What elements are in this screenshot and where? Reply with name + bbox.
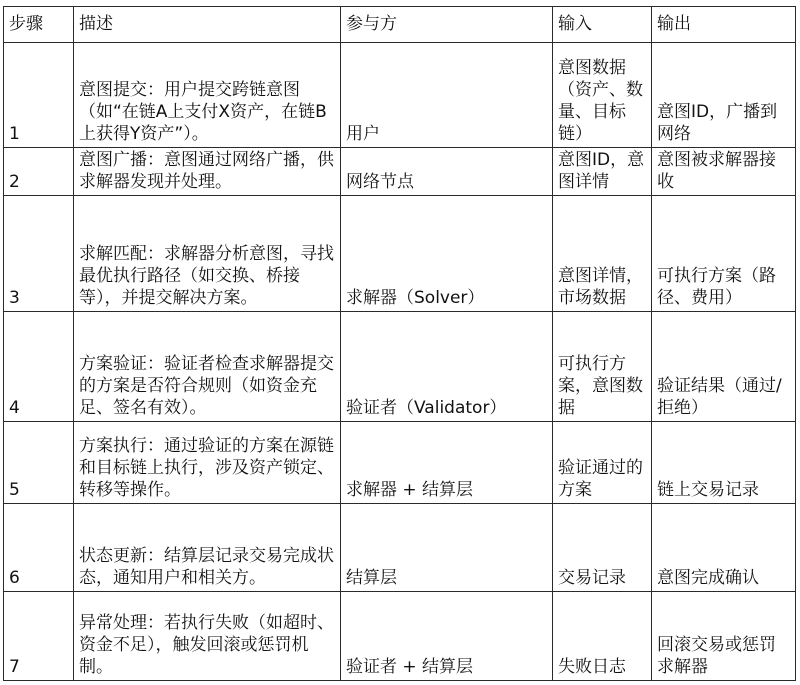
table-row: 3 求解匹配：求解器分析意图，寻找最优执行路径（如交换、桥接等），并提交解决方案… [4, 196, 796, 312]
cell-input: 意图详情，市场数据 [553, 196, 652, 312]
header-input: 输入 [553, 7, 652, 43]
cell-input: 意图ID，意图详情 [553, 148, 652, 196]
cell-description: 方案验证：验证者检查求解器提交的方案是否符合规则（如资金充足、签名有效）。 [74, 312, 341, 422]
cell-step: 3 [4, 196, 74, 312]
table-row: 6 状态更新：结算层记录交易完成状态，通知用户和相关方。 结算层 交易记录 意图… [4, 504, 796, 592]
table-row: 2 意图广播：意图通过网络广播，供求解器发现并处理。 网络节点 意图ID，意图详… [4, 148, 796, 196]
cell-output: 可执行方案（路径、费用） [652, 196, 796, 312]
cell-output: 链上交易记录 [652, 422, 796, 504]
cell-input: 意图数据（资产、数量、目标链） [553, 43, 652, 148]
header-step: 步骤 [4, 7, 74, 43]
cell-description: 状态更新：结算层记录交易完成状态，通知用户和相关方。 [74, 504, 341, 592]
header-description: 描述 [74, 7, 341, 43]
cell-participant: 网络节点 [341, 148, 553, 196]
cell-input: 验证通过的方案 [553, 422, 652, 504]
intent-flow-table: 步骤 描述 参与方 输入 输出 1 意图提交：用户提交跨链意图（如“在链A上支付… [3, 6, 796, 681]
cell-input: 可执行方案，意图数据 [553, 312, 652, 422]
table-row: 4 方案验证：验证者检查求解器提交的方案是否符合规则（如资金充足、签名有效）。 … [4, 312, 796, 422]
cell-output: 验证结果（通过/拒绝） [652, 312, 796, 422]
cell-participant: 验证者（Validator） [341, 312, 553, 422]
table-row: 5 方案执行：通过验证的方案在源链和目标链上执行，涉及资产锁定、转移等操作。 求… [4, 422, 796, 504]
cell-description: 方案执行：通过验证的方案在源链和目标链上执行，涉及资产锁定、转移等操作。 [74, 422, 341, 504]
header-participant: 参与方 [341, 7, 553, 43]
cell-step: 6 [4, 504, 74, 592]
cell-input: 失败日志 [553, 592, 652, 681]
cell-step: 4 [4, 312, 74, 422]
cell-output: 回滚交易或惩罚求解器 [652, 592, 796, 681]
cell-participant: 求解器（Solver） [341, 196, 553, 312]
cell-step: 2 [4, 148, 74, 196]
cell-input: 交易记录 [553, 504, 652, 592]
cell-output: 意图ID，广播到网络 [652, 43, 796, 148]
cell-step: 1 [4, 43, 74, 148]
cell-output: 意图完成确认 [652, 504, 796, 592]
cell-participant: 验证者 + 结算层 [341, 592, 553, 681]
table-row: 1 意图提交：用户提交跨链意图（如“在链A上支付X资产，在链B上获得Y资产”）。… [4, 43, 796, 148]
cell-participant: 用户 [341, 43, 553, 148]
cell-output: 意图被求解器接收 [652, 148, 796, 196]
table-header-row: 步骤 描述 参与方 输入 输出 [4, 7, 796, 43]
cell-step: 5 [4, 422, 74, 504]
cell-participant: 结算层 [341, 504, 553, 592]
cell-description: 意图提交：用户提交跨链意图（如“在链A上支付X资产，在链B上获得Y资产”）。 [74, 43, 341, 148]
header-output: 输出 [652, 7, 796, 43]
cell-participant: 求解器 + 结算层 [341, 422, 553, 504]
cell-description: 异常处理：若执行失败（如超时、资金不足），触发回滚或惩罚机制。 [74, 592, 341, 681]
table-row: 7 异常处理：若执行失败（如超时、资金不足），触发回滚或惩罚机制。 验证者 + … [4, 592, 796, 681]
cell-description: 求解匹配：求解器分析意图，寻找最优执行路径（如交换、桥接等），并提交解决方案。 [74, 196, 341, 312]
cell-description: 意图广播：意图通过网络广播，供求解器发现并处理。 [74, 148, 341, 196]
cell-step: 7 [4, 592, 74, 681]
